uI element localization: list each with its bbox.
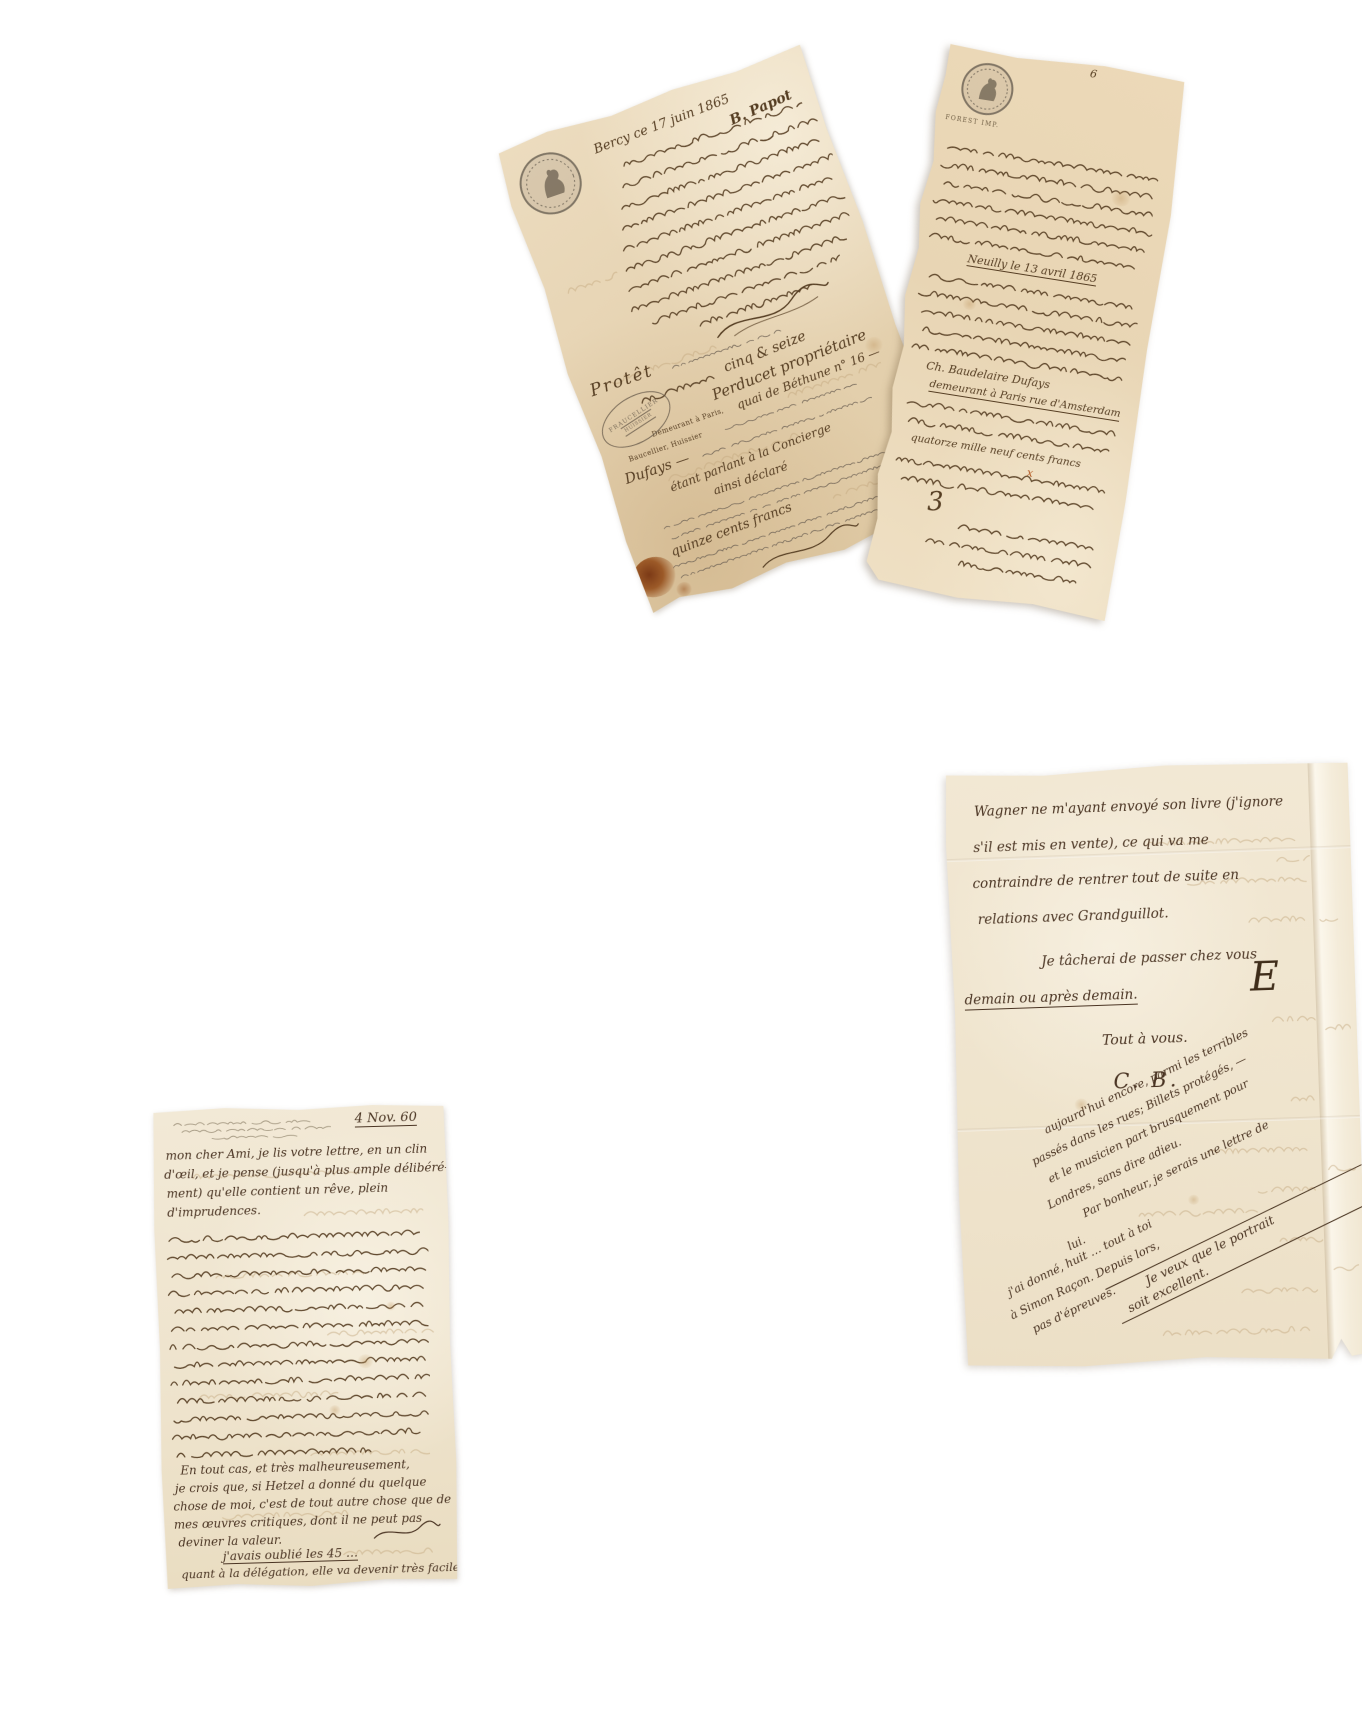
handwriting-line — [173, 1351, 427, 1372]
document-letter-wagner: Wagner ne m'ayant envoyé son livre (j'ig… — [943, 759, 1362, 1373]
handwriting-line — [1290, 1090, 1318, 1105]
flourish-numeral: 3 — [927, 489, 944, 515]
document-legal-acte: 6 FOREST IMP. Neuilly le 13 avril 1865 C… — [858, 41, 1193, 622]
acte-body-writing — [858, 41, 1193, 622]
handwriting-line — [1162, 1321, 1312, 1340]
document-letter-4-nov-60: 4 Nov. 60 mon cher Ami, je lis votre let… — [150, 1102, 459, 1590]
handwriting-line — [1276, 850, 1310, 865]
letter-closing: Tout à vous. — [1102, 1031, 1188, 1048]
ink-flourish-e: E — [1249, 954, 1280, 1001]
end-flourish — [372, 1520, 443, 1544]
handwriting-line — [1271, 1010, 1315, 1026]
handwriting-line — [1138, 1203, 1258, 1221]
handwriting-line — [170, 1315, 428, 1336]
handwriting-line — [170, 1369, 430, 1390]
handwriting-line — [1248, 911, 1308, 927]
handwriting-line — [173, 1405, 431, 1426]
handwriting-line — [1241, 1280, 1321, 1297]
handwriting-line — [168, 1225, 420, 1246]
handwriting-line — [171, 1423, 421, 1444]
handwriting-line — [176, 1387, 428, 1408]
handwriting-line — [171, 1261, 427, 1282]
